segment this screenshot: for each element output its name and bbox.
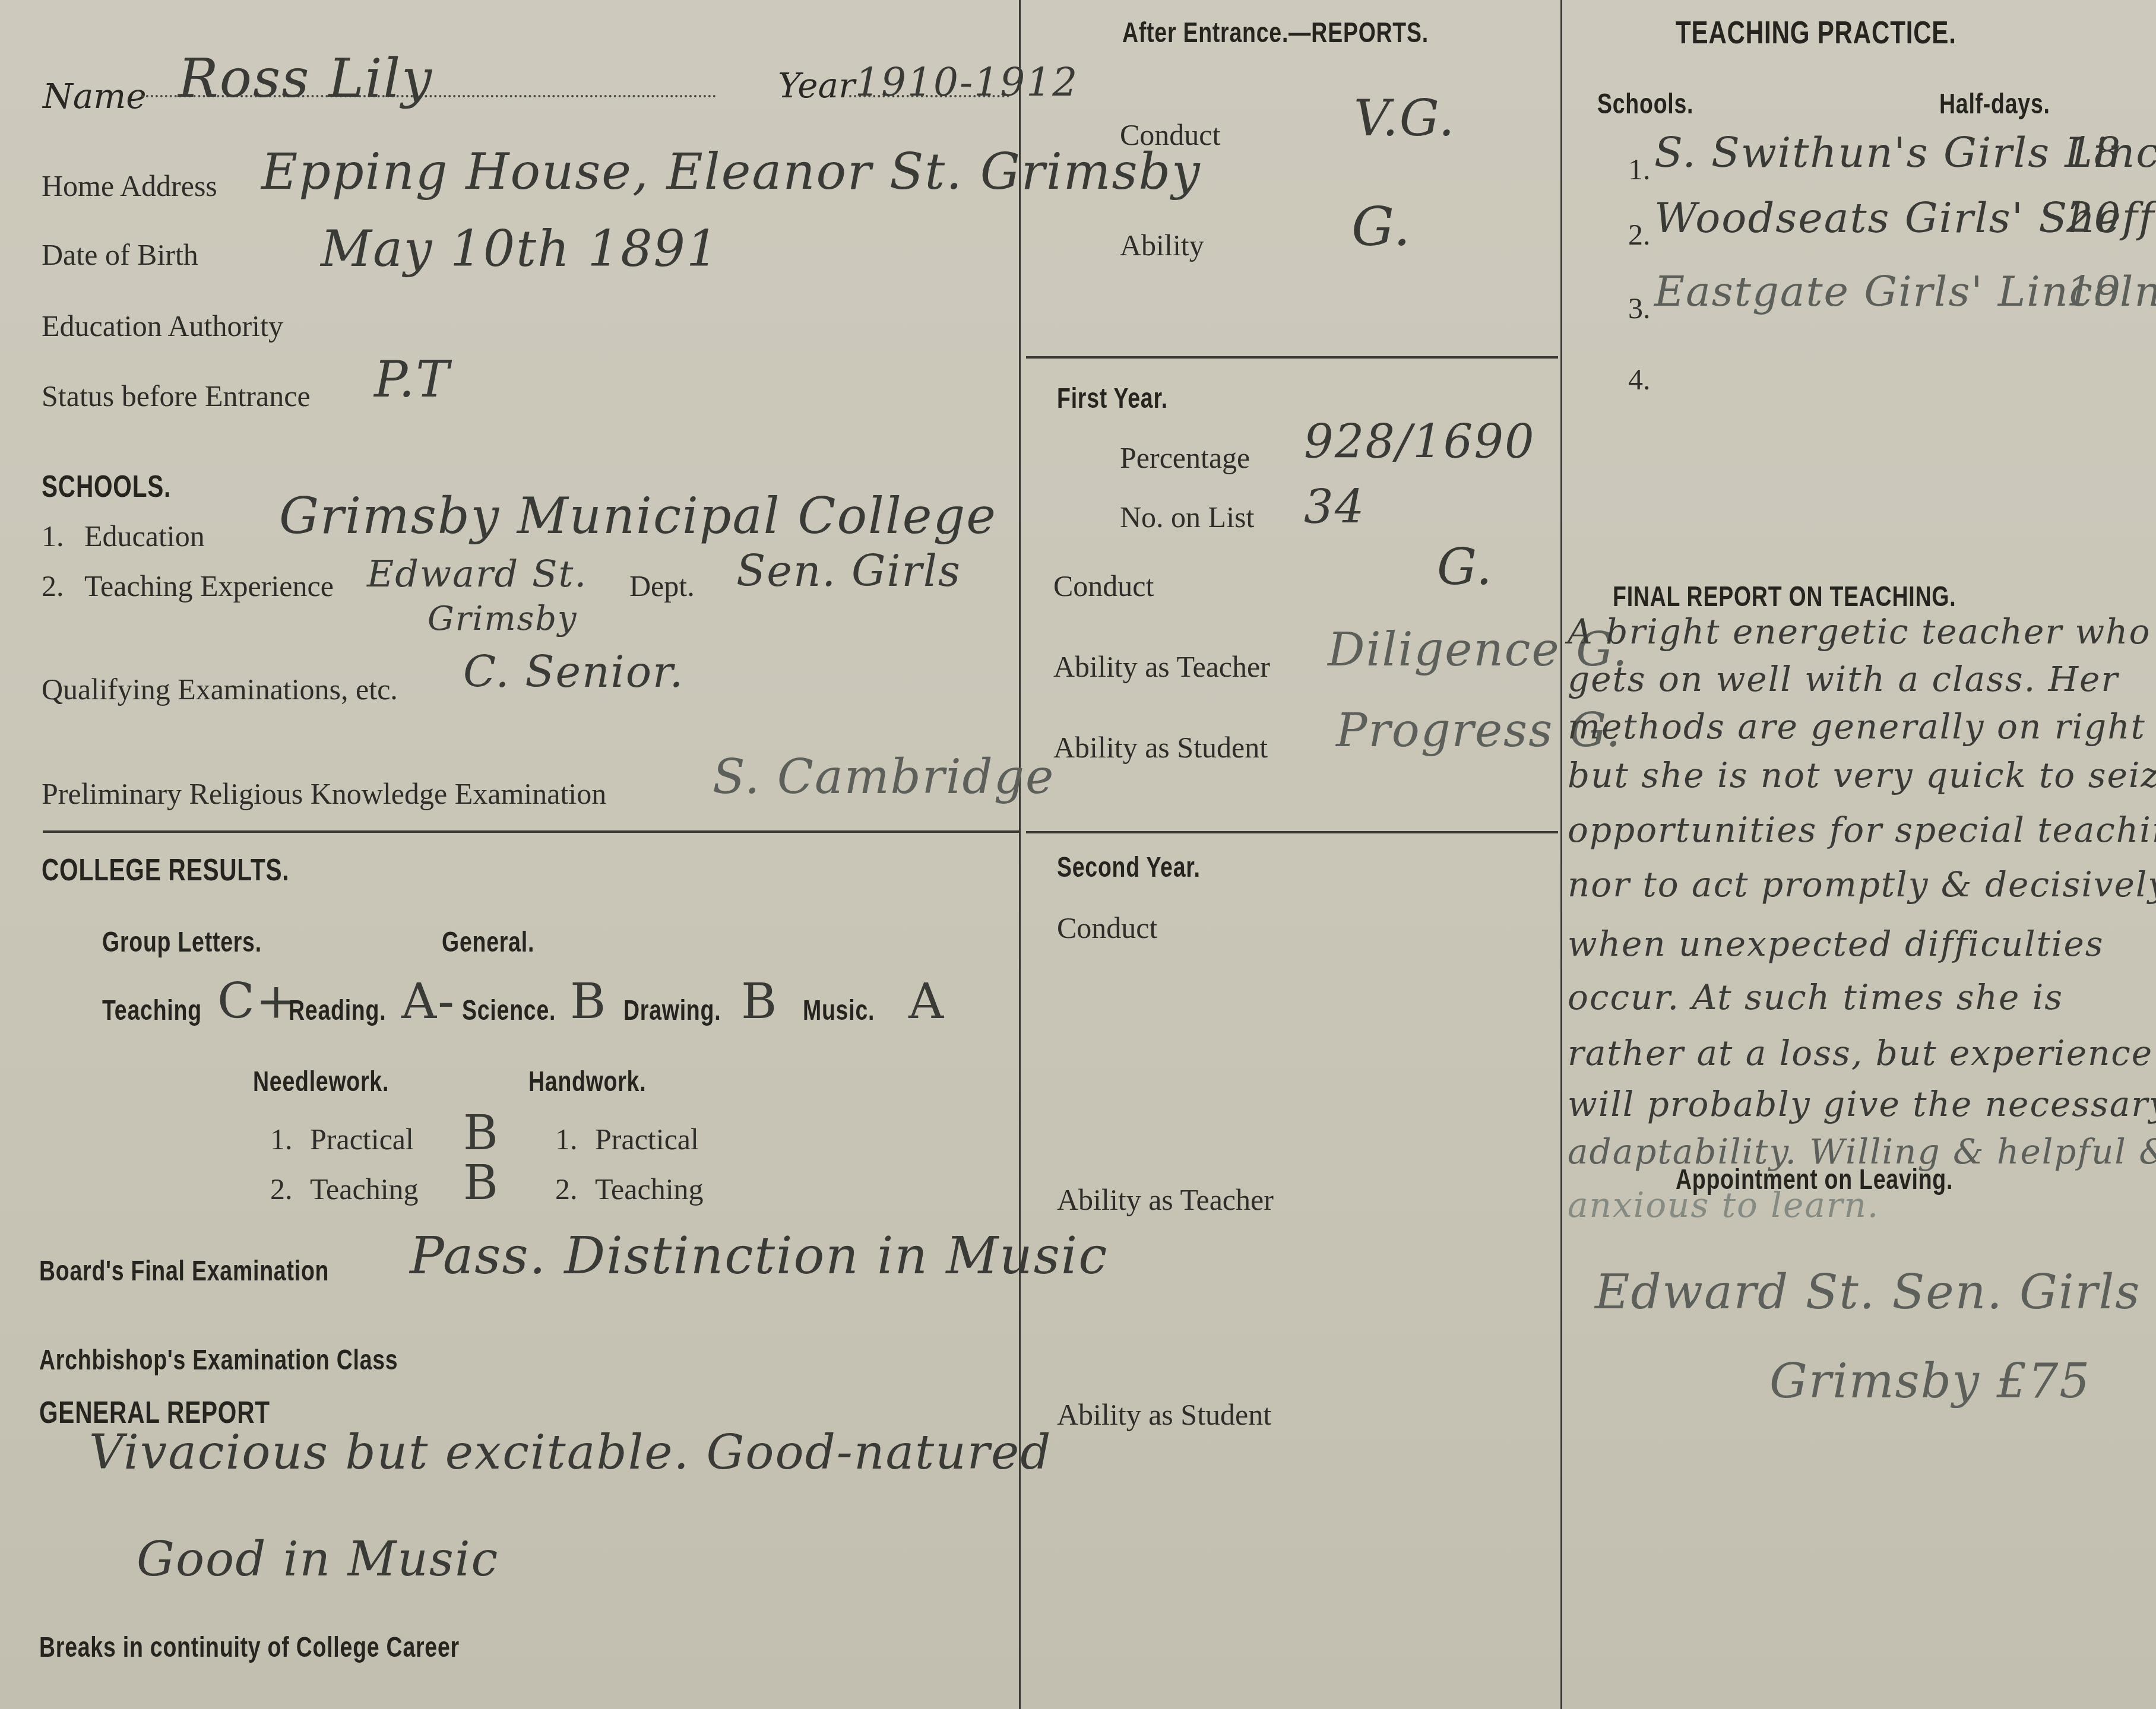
practice-num: 3. (1628, 291, 1651, 325)
handwork-practical-num: 1. (555, 1122, 578, 1156)
group-letters-label: Group Letters. (102, 926, 262, 959)
grade-label-teaching: Teaching (102, 994, 202, 1027)
final-report-line: A bright energetic teacher who (1568, 611, 2151, 652)
grade-value-teaching: C+ (217, 974, 297, 1030)
qualifying-value: C. Senior. (463, 647, 684, 697)
left-section-divider (43, 830, 1019, 833)
grade-label-reading: Reading. (289, 994, 386, 1027)
teaching-exp-value: Edward St. (367, 552, 587, 595)
education-label: Education (84, 519, 205, 553)
ae-ability-label: Ability (1120, 228, 1204, 262)
practice-num: 2. (1628, 217, 1651, 252)
teaching-exp-label: Teaching Experience (84, 569, 334, 603)
grade-label-science: Science. (462, 994, 556, 1027)
column-divider-right (1560, 0, 1562, 1709)
needlework-practical-num: 1. (270, 1122, 293, 1156)
practice-half-days: 19 (2066, 267, 2122, 316)
general-report-line1: Vivacious but excitable. Good-natured (89, 1425, 1052, 1480)
final-report-line: occur. At such times she is (1568, 977, 2063, 1017)
middle-divider-2 (1026, 831, 1558, 833)
college-results-heading: COLLEGE RESULTS. (42, 852, 289, 888)
needlework-practical-value: B (463, 1105, 499, 1161)
final-report-heading: FINAL REPORT ON TEACHING. (1613, 581, 1956, 613)
needlework-teaching-label: Teaching (310, 1172, 419, 1206)
needlework-teaching-num: 2. (270, 1172, 293, 1206)
fy-no-on-list-label: No. on List (1120, 500, 1254, 534)
after-entrance-heading: After Entrance.—REPORTS. (1122, 17, 1429, 49)
status-value: P.T (374, 350, 450, 408)
half-days-col-label: Half-days. (1939, 88, 2050, 121)
appointment-line1: Edward St. Sen. Girls (1595, 1264, 2141, 1320)
handwork-teaching-num: 2. (555, 1172, 578, 1206)
boards-final-label: Board's Final Examination (39, 1255, 329, 1288)
dept-value: Sen. Girls (736, 546, 961, 596)
fy-no-on-list-value: 34 (1304, 481, 1365, 534)
handwork-label: Handwork. (528, 1066, 646, 1098)
teaching-practice-heading: TEACHING PRACTICE. (1676, 14, 1956, 51)
dob-value: May 10th 1891 (321, 220, 719, 278)
general-report-line2: Good in Music (137, 1532, 499, 1587)
year-label: Year (778, 65, 855, 106)
prk-label: Preliminary Religious Knowledge Examinat… (42, 776, 606, 811)
boards-final-value: Pass. Distinction in Music (410, 1226, 1108, 1286)
general-label: General. (442, 926, 534, 959)
home-address-value: Epping House, Eleanor St. Grimsby (261, 142, 1201, 201)
education-authority-label: Education Authority (42, 309, 283, 343)
year-value: 1910-1912 (855, 59, 1078, 105)
practice-num: 1. (1628, 152, 1651, 186)
needlework-practical-label: Practical (310, 1122, 414, 1156)
grade-value-reading: A- (401, 974, 455, 1030)
appointment-heading: Appointment on Leaving. (1676, 1163, 1953, 1196)
practice-num: 4. (1628, 362, 1651, 397)
schools-col-label: Schools. (1597, 88, 1693, 121)
grade-value-drawing: B (741, 974, 778, 1030)
teaching-exp-value-line2: Grimsby (428, 600, 578, 638)
grade-value-music: A (908, 974, 945, 1030)
qualifying-label: Qualifying Examinations, etc. (42, 672, 398, 706)
final-report-line: methods are generally on right lines (1568, 706, 2156, 747)
sy-teacher-label: Ability as Teacher (1057, 1182, 1274, 1217)
sy-student-label: Ability as Student (1057, 1397, 1271, 1432)
status-label: Status before Entrance (42, 379, 311, 413)
name-value: Ross Lily (178, 47, 433, 110)
prk-value: S. Cambridge (713, 749, 1055, 804)
education-num: 1. (42, 519, 64, 553)
final-report-line: nor to act promptly & decisively (1568, 864, 2156, 905)
appointment-line2: Grimsby £75 (1769, 1353, 2091, 1409)
ae-ability-value: G. (1351, 196, 1411, 258)
second-year-heading: Second Year. (1057, 851, 1201, 884)
final-report-line: gets on well with a class. Her (1568, 659, 2119, 699)
education-value: Grimsby Municipal College (279, 487, 997, 545)
handwork-practical-label: Practical (595, 1122, 699, 1156)
fy-teacher-label: Ability as Teacher (1053, 649, 1270, 684)
final-report-line: rather at a loss, but experience (1568, 1033, 2153, 1073)
ae-conduct-label: Conduct (1120, 118, 1220, 152)
archbishop-label: Archbishop's Examination Class (39, 1344, 398, 1377)
sy-conduct-label: Conduct (1057, 911, 1157, 945)
final-report-line: opportunities for special teaching, (1568, 810, 2156, 850)
grade-label-music: Music. (803, 994, 875, 1027)
dept-label: Dept. (629, 569, 695, 603)
teaching-exp-num: 2. (42, 569, 64, 603)
final-report-line: but she is not very quick to seize (1568, 755, 2156, 795)
handwork-teaching-label: Teaching (595, 1172, 704, 1206)
schools-heading: SCHOOLS. (42, 469, 171, 505)
breaks-label: Breaks in continuity of College Career (39, 1631, 460, 1664)
fy-student-label: Ability as Student (1053, 730, 1268, 765)
final-report-line: will probably give the necessary (1568, 1084, 2156, 1124)
final-report-line: when unexpected difficulties (1568, 924, 2104, 964)
fy-percentage-label: Percentage (1120, 440, 1250, 475)
home-address-label: Home Address (42, 169, 217, 203)
grade-label-drawing: Drawing. (623, 994, 721, 1027)
ae-conduct-value: V.G. (1354, 89, 1456, 147)
name-label: Name (43, 76, 147, 116)
practice-half-days: 18 (2066, 128, 2122, 177)
fy-conduct-label: Conduct (1053, 569, 1154, 603)
first-year-heading: First Year. (1057, 382, 1168, 415)
grade-value-science: B (570, 974, 607, 1030)
dob-label: Date of Birth (42, 237, 198, 272)
needlework-teaching-value: B (463, 1155, 499, 1210)
middle-divider-1 (1026, 356, 1558, 359)
practice-half-days: 20 (2066, 194, 2122, 242)
fy-percentage-value: 928/1690 (1304, 416, 1536, 469)
fy-conduct-value: G. (1437, 538, 1493, 596)
student-record-card: Name Ross Lily Year 1910-1912 Home Addre… (0, 0, 2156, 1709)
needlework-label: Needlework. (253, 1066, 389, 1098)
